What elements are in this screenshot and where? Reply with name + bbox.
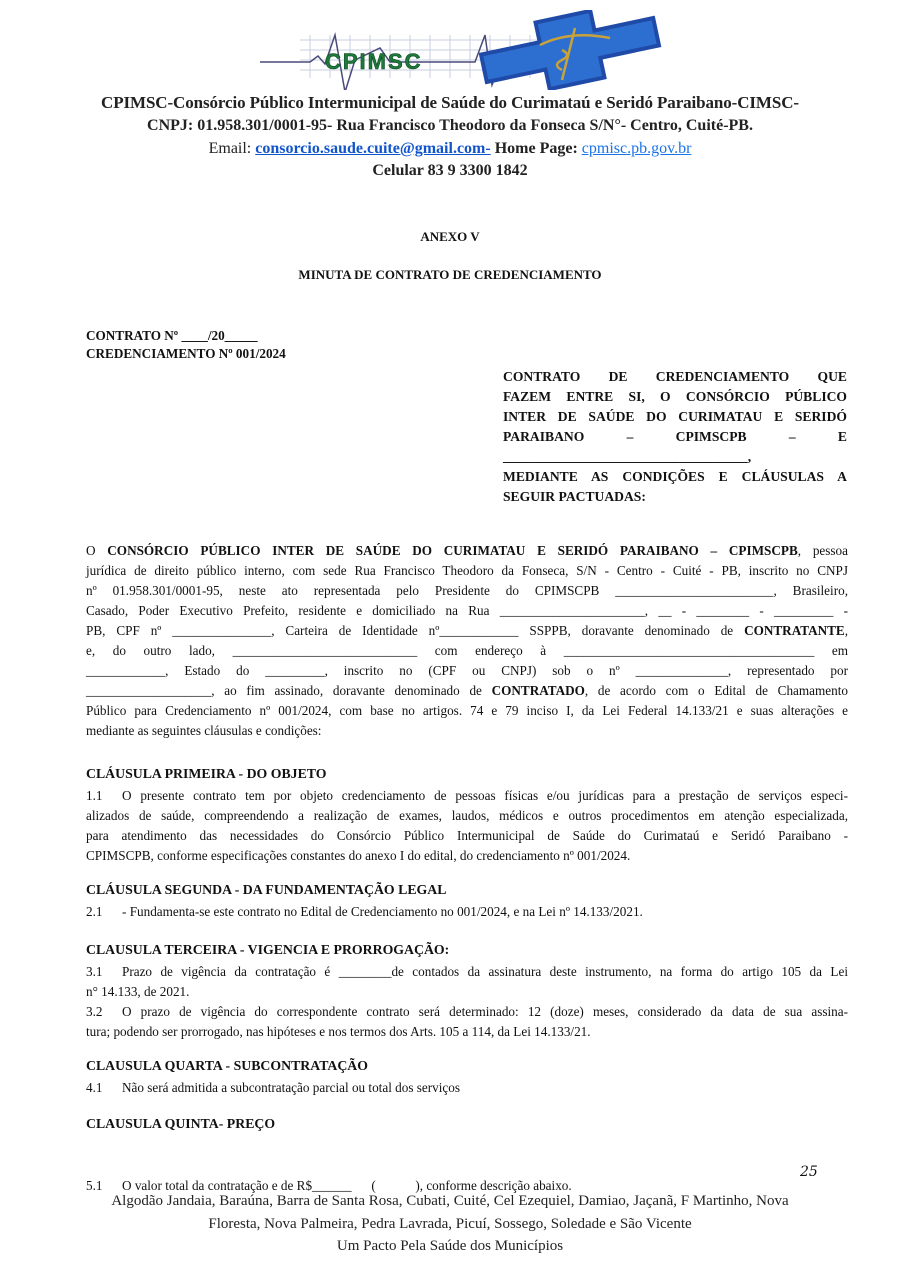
phone-line: Celular 83 9 3300 1842 <box>0 162 900 180</box>
preamble-line: e, do outro lado, ______________________… <box>86 641 848 661</box>
clause-4-heading: CLAUSULA QUARTA - SUBCONTRATAÇÃO <box>86 1058 368 1074</box>
cpimsc-logo: CPIMSC <box>240 10 710 90</box>
consortium-name: CONSÓRCIO PÚBLICO INTER DE SAÚDE DO CURI… <box>107 543 798 558</box>
clause-line: n° 14.133, de 2021. <box>86 982 848 1002</box>
clause-2-body: 2.1- Fundamenta-se este contrato no Edit… <box>86 902 848 922</box>
clause-3-body: 3.1Prazo de vigência da contratação é __… <box>86 962 848 1042</box>
clause-5-heading: CLAUSULA QUINTA- PREÇO <box>86 1116 275 1132</box>
document-subtitle: MINUTA DE CONTRATO DE CREDENCIAMENTO <box>0 267 900 283</box>
preamble-line: PB, CPF nº _______________, Carteira de … <box>86 621 848 641</box>
clause-1-body: 1.1O presente contrato tem por objeto cr… <box>86 786 848 866</box>
clause-line: 4.1Não será admitida a subcontratação pa… <box>86 1078 848 1098</box>
summary-line: PARAIBANO – CPIMSCPB – E <box>503 427 847 447</box>
preamble-line: jurídica de direito público interno, com… <box>86 561 848 581</box>
email-link[interactable]: consorcio.saude.cuite@gmail.com- <box>255 140 490 157</box>
summary-line: FAZEM ENTRE SI, O CONSÓRCIO PÚBLICO <box>503 387 847 407</box>
accreditation-number: CREDENCIAMENTO Nº 001/2024 <box>86 346 286 362</box>
clause-line: 1.1O presente contrato tem por objeto cr… <box>86 786 848 806</box>
clause-line: para atendimento das necessidades do Con… <box>86 826 848 846</box>
clause-line: CPIMSCPB, conforme especificações consta… <box>86 846 848 866</box>
preamble-line: Público para Credenciamento nº 001/2024,… <box>86 701 848 721</box>
organization-cnpj-address: CNPJ: 01.958.301/0001-95- Rua Francisco … <box>0 117 900 135</box>
preamble-line: ____________, Estado do _________, inscr… <box>86 661 848 681</box>
contact-line: Email: consorcio.saude.cuite@gmail.com- … <box>0 140 900 158</box>
summary-line: SEGUIR PACTUADAS: <box>503 487 847 507</box>
clause-2-heading: CLÁUSULA SEGUNDA - DA FUNDAMENTAÇÃO LEGA… <box>86 882 446 898</box>
footer-municipalities-line-2: Floresta, Nova Palmeira, Pedra Lavrada, … <box>0 1216 900 1233</box>
svg-text:CPIMSC: CPIMSC <box>325 49 423 74</box>
clause-line: 3.1Prazo de vigência da contratação é __… <box>86 962 848 982</box>
preamble-paragraph: O CONSÓRCIO PÚBLICO INTER DE SAÚDE DO CU… <box>86 541 848 741</box>
clause-3-heading: CLAUSULA TERCEIRA - VIGENCIA E PRORROGAÇ… <box>86 942 449 958</box>
footer-municipalities-line-1: Algodão Jandaia, Baraúna, Barra de Santa… <box>0 1193 900 1210</box>
homepage-link[interactable]: cpmisc.pb.gov.br <box>582 140 692 157</box>
clause-line: tura; podendo ser prorrogado, nas hipóte… <box>86 1022 848 1042</box>
contratante-label: CONTRATANTE <box>744 623 845 638</box>
clause-line: 3.2O prazo de vigência do correspondente… <box>86 1002 848 1022</box>
annex-title: ANEXO V <box>0 229 900 245</box>
page-number: 25 <box>800 1164 818 1180</box>
preamble-line: O CONSÓRCIO PÚBLICO INTER DE SAÚDE DO CU… <box>86 541 848 561</box>
preamble-line: Casado, Poder Executivo Prefeito, reside… <box>86 601 848 621</box>
contratado-label: CONTRATADO <box>492 683 585 698</box>
homepage-label: Home Page: <box>491 140 582 157</box>
preamble-line: ___________________, ao fim assinado, do… <box>86 681 848 701</box>
contract-summary: CONTRATO DE CREDENCIAMENTO QUE FAZEM ENT… <box>503 367 847 507</box>
clause-1-heading: CLÁUSULA PRIMEIRA - DO OBJETO <box>86 766 326 782</box>
contract-number: CONTRATO Nº ____/20_____ <box>86 328 258 344</box>
logo-graphic: CPIMSC <box>240 10 710 90</box>
clause-line: alizados de saúde, compreendendo a reali… <box>86 806 848 826</box>
summary-line: CONTRATO DE CREDENCIAMENTO QUE <box>503 367 847 387</box>
clause-line: 2.1- Fundamenta-se este contrato no Edit… <box>86 902 848 922</box>
summary-blank-line: ____________________________________, <box>503 447 847 467</box>
summary-line: INTER DE SAÚDE DO CURIMATAU E SERIDÓ <box>503 407 847 427</box>
preamble-line: mediante as seguintes cláusulas e condiç… <box>86 721 848 741</box>
organization-name: CPIMSC-Consórcio Público Intermunicipal … <box>0 93 900 113</box>
preamble-line: nº 01.958.301/0001-95, neste ato represe… <box>86 581 848 601</box>
clause-4-body: 4.1Não será admitida a subcontratação pa… <box>86 1078 848 1098</box>
footer-slogan: Um Pacto Pela Saúde dos Municípios <box>0 1238 900 1255</box>
email-label: Email: <box>209 140 256 157</box>
summary-line: MEDIANTE AS CONDIÇÕES E CLÁUSULAS A <box>503 467 847 487</box>
